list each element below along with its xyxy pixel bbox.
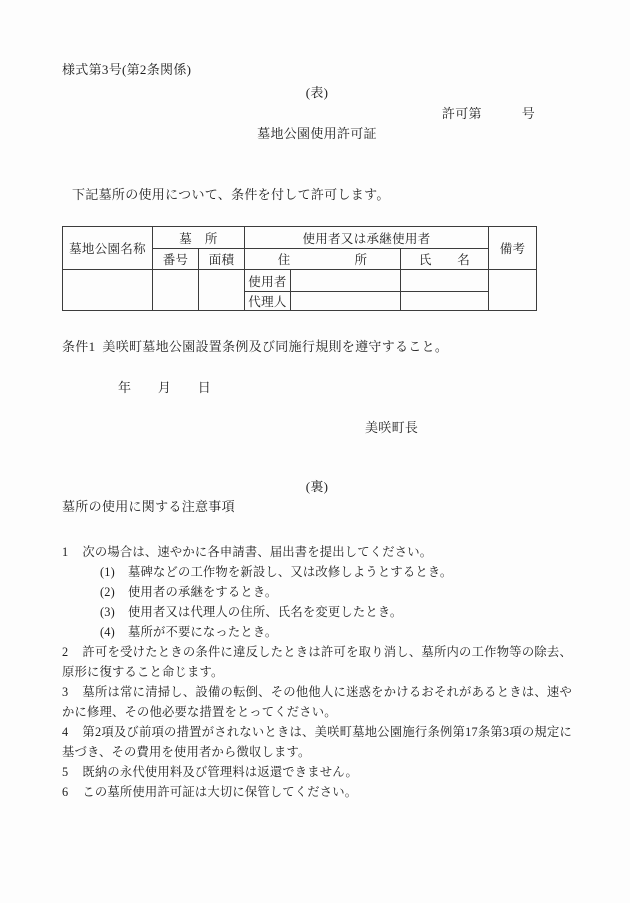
- note-item-3-text: 墓所は常に清掃し、設備の転倒、その他他人に迷惑をかけるおそれがあるときは、速やか…: [62, 685, 572, 719]
- condition-text: 美咲町墓地公園設置条例及び同施行規則を遵守すること。: [102, 339, 448, 354]
- note-subitem-1-2-text: 使用者の承継をするとき。: [128, 585, 277, 599]
- note-item-5-text: 既納の永代使用料及び管理料は返還できません。: [82, 765, 358, 779]
- note-item-4-text: 第2項及び前項の措置がされないときは、美咲町墓地公園施行条例第17条第3項の規定…: [62, 725, 572, 759]
- cell-remarks: [489, 270, 537, 311]
- note-item-1-text: 次の場合は、速やかに各申請書、届出書を提出してください。: [82, 545, 432, 559]
- note-item-1: 1次の場合は、速やかに各申請書、届出書を提出してください。: [62, 542, 572, 562]
- note-subitem-1-4-text: 墓所が不要になったとき。: [128, 625, 277, 639]
- note-subitem-1-1-text: 墓碑などの工作物を新設し、又は改修しようとするとき。: [128, 565, 452, 579]
- note-item-6-text: この墓所使用許可証は大切に保管してください。: [82, 785, 357, 799]
- th-park-name: 墓地公園名称: [63, 227, 153, 270]
- note-item-2-text: 許可を受けたときの条件に違反したときは許可を取り消し、墓所内の工作物等の除去、原…: [62, 645, 572, 679]
- date-line: 年 月 日: [62, 381, 572, 395]
- th-grave: 墓 所: [153, 227, 245, 249]
- front-side-label: (表): [62, 86, 572, 100]
- note-item-5-number: 5: [62, 765, 68, 779]
- cell-agent-address: [291, 292, 401, 311]
- note-item-1-number: 1: [62, 545, 68, 559]
- note-item-4-number: 4: [62, 725, 68, 739]
- cell-grave-area: [199, 270, 245, 311]
- cell-user-name: [401, 270, 489, 292]
- cell-agent-name: [401, 292, 489, 311]
- intro-text: 下記墓所の使用について、条件を付して許可します。: [62, 188, 572, 202]
- note-item-6: 6この墓所使用許可証は大切に保管してください。: [62, 782, 572, 802]
- th-grave-number: 番号: [153, 249, 199, 270]
- note-item-6-number: 6: [62, 785, 68, 799]
- note-item-3-number: 3: [62, 685, 68, 699]
- note-item-2-number: 2: [62, 645, 68, 659]
- agent-row-label: 代理人: [245, 292, 291, 311]
- note-subitem-1-1-number: (1): [100, 565, 115, 579]
- th-grave-area: 面積: [199, 249, 245, 270]
- cell-grave-number: [153, 270, 199, 311]
- th-address: 住 所: [245, 249, 401, 270]
- cell-user-address: [291, 270, 401, 292]
- note-subitem-1-1: (1)墓碑などの工作物を新設し、又は改修しようとするとき。: [62, 562, 572, 582]
- condition-line: 条件1美咲町墓地公園設置条例及び同施行規則を遵守すること。: [62, 340, 572, 354]
- table-header-row-1: 墓地公園名称 墓 所 使用者又は承継使用者 備考: [63, 227, 537, 249]
- user-row-label: 使用者: [245, 270, 291, 292]
- user-row: 使用者: [63, 270, 537, 292]
- note-item-5: 5既納の永代使用料及び管理料は返還できません。: [62, 762, 572, 782]
- note-subitem-1-4-number: (4): [100, 625, 115, 639]
- note-subitem-1-4: (4)墓所が不要になったとき。: [62, 622, 572, 642]
- document-title: 墓地公園使用許可証: [62, 127, 572, 141]
- note-subitem-1-3: (3)使用者又は代理人の住所、氏名を変更したとき。: [62, 602, 572, 622]
- th-user-or-successor: 使用者又は承継使用者: [245, 227, 489, 249]
- note-item-3: 3墓所は常に清掃し、設備の転倒、その他他人に迷惑をかけるおそれがあるときは、速や…: [62, 682, 572, 722]
- form-number: 様式第3号(第2条関係): [62, 63, 572, 77]
- note-subitem-1-2-number: (2): [100, 585, 115, 599]
- note-subitem-1-2: (2)使用者の承継をするとき。: [62, 582, 572, 602]
- th-remarks: 備考: [489, 227, 537, 270]
- note-item-4: 4第2項及び前項の措置がされないときは、美咲町墓地公園施行条例第17条第3項の規…: [62, 722, 572, 762]
- th-name: 氏 名: [401, 249, 489, 270]
- permit-table: 墓地公園名称 墓 所 使用者又は承継使用者 備考 番号 面積 住 所 氏 名 使…: [62, 226, 537, 311]
- back-side-label: (裏): [62, 480, 572, 494]
- notes-list: 1次の場合は、速やかに各申請書、届出書を提出してください。 (1)墓碑などの工作…: [62, 542, 572, 802]
- note-item-2: 2許可を受けたときの条件に違反したときは許可を取り消し、墓所内の工作物等の除去、…: [62, 642, 572, 682]
- mayor-signature: 美咲町長: [62, 421, 572, 435]
- note-subitem-1-3-text: 使用者又は代理人の住所、氏名を変更したとき。: [128, 605, 402, 619]
- condition-label: 条件1: [62, 339, 95, 354]
- note-subitem-1-3-number: (3): [100, 605, 115, 619]
- permit-number-line: 許可第 号: [62, 107, 572, 121]
- cell-park-name: [63, 270, 153, 311]
- notes-title: 墓所の使用に関する注意事項: [62, 500, 572, 514]
- permit-document-page: 様式第3号(第2条関係) (表) 許可第 号 墓地公園使用許可証 下記墓所の使用…: [0, 0, 630, 903]
